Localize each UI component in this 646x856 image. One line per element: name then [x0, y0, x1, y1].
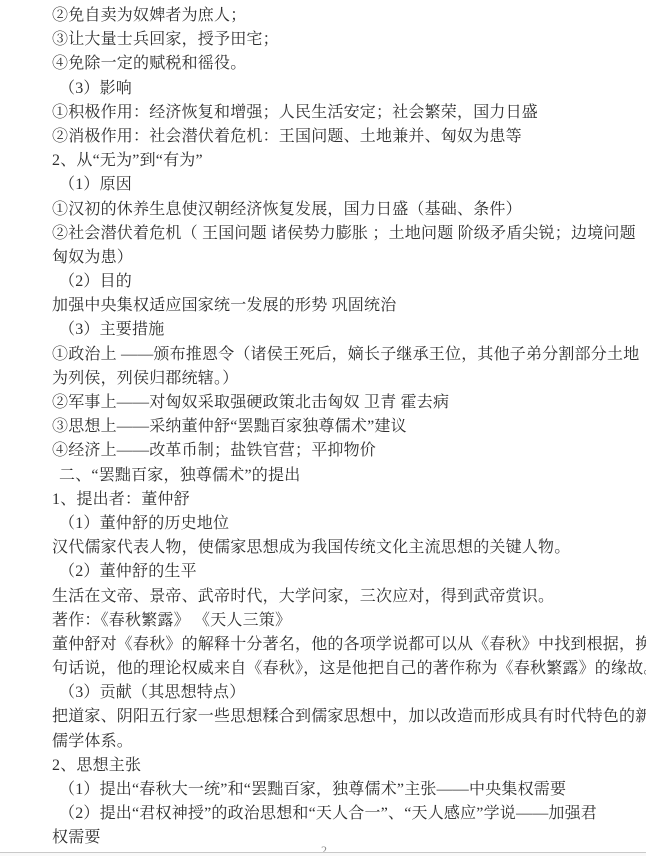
page-number: 2	[314, 841, 334, 852]
text-line: 加强中央集权适应国家统一发展的形势 巩固统治	[52, 294, 612, 318]
text-line: ②军事上——对匈奴采取强硬政策北击匈奴 卫青 霍去病	[52, 391, 612, 415]
text-line: （1）提出“春秋大一统”和“罢黜百家，独尊儒术”主张——中央集权需要	[52, 778, 612, 802]
page-number-value: 2	[321, 843, 327, 852]
text-line: 把道家、阴阳五行家一些思想糅合到儒家思想中，加以改造而形成具有时代特色的新	[52, 705, 612, 729]
text-line-heading: 二、“罢黜百家，独尊儒术”的提出	[52, 464, 612, 488]
document-page: ②免自卖为奴婢者为庶人； ③让大量士兵回家，授予田宅； ④免除一定的赋税和徭役。…	[0, 0, 646, 856]
text-line: ④经济上——改革币制；盐铁官营；平抑物价	[52, 439, 612, 463]
text-line-heading: （3）主要措施	[52, 318, 612, 342]
text-line-heading: （2）董仲舒的生平	[52, 560, 612, 584]
text-line-heading: （1）董仲舒的历史地位	[52, 512, 612, 536]
text-block: ②免自卖为奴婢者为庶人； ③让大量士兵回家，授予田宅； ④免除一定的赋税和徭役。…	[52, 4, 612, 851]
text-line: ②社会潜伏着危机（ 王国问题 诸侯势力膨胀 ；土地问题 阶级矛盾尖锐；边境问题	[52, 222, 612, 246]
text-line-heading: 1、提出者：董仲舒	[52, 488, 612, 512]
text-line: ②消极作用：社会潜伏着危机：王国问题、土地兼并、匈奴为患等	[52, 125, 612, 149]
text-line: ③思想上——采纳董仲舒“罢黜百家独尊儒术”建议	[52, 415, 612, 439]
text-line: 句话说，他的理论权威来自《春秋》，这是他把自己的著作称为《春秋繁露》的缘故。	[52, 657, 612, 681]
text-line: ①汉初的休养生息使汉朝经济恢复发展，国力日盛（基础、条件）	[52, 198, 612, 222]
text-line: 生活在文帝、景帝、武帝时代，大学问家，三次应对，得到武帝赏识。	[52, 585, 612, 609]
text-line-heading: （3）影响	[52, 77, 612, 101]
text-line: ③让大量士兵回家，授予田宅；	[52, 28, 612, 52]
text-line: ②免自卖为奴婢者为庶人；	[52, 4, 612, 28]
text-line: 为列侯，列侯归郡统辖。）	[52, 367, 612, 391]
text-line-heading: （3）贡献（其思想特点）	[52, 681, 612, 705]
text-line-heading: （2）目的	[52, 270, 612, 294]
text-line-heading: 2、从“无为”到“有为”	[52, 149, 612, 173]
text-line: ①积极作用：经济恢复和增强；人民生活安定；社会繁荣，国力日盛	[52, 101, 612, 125]
text-line-heading: （1）原因	[52, 173, 612, 197]
text-line: 著作：《春秋繁露》 《天人三策》	[52, 609, 612, 633]
text-line: 汉代儒家代表人物，使儒家思想成为我国传统文化主流思想的关键人物。	[52, 536, 612, 560]
text-line: 儒学体系。	[52, 730, 612, 754]
text-line: ①政治上 ——颁布推恩令（诸侯王死后，嫡长子继承王位，其他子弟分割部分土地	[52, 343, 612, 367]
text-line: 董仲舒对《春秋》的解释十分著名，他的各项学说都可以从《春秋》中找到根据，换	[52, 633, 612, 657]
text-line-heading: 2、思想主张	[52, 754, 612, 778]
text-line: 匈奴为患）	[52, 246, 612, 270]
text-line: ④免除一定的赋税和徭役。	[52, 52, 612, 76]
text-line: （2）提出“君权神授”的政治思想和“天人合一”、“天人感应”学说——加强君	[52, 802, 612, 826]
